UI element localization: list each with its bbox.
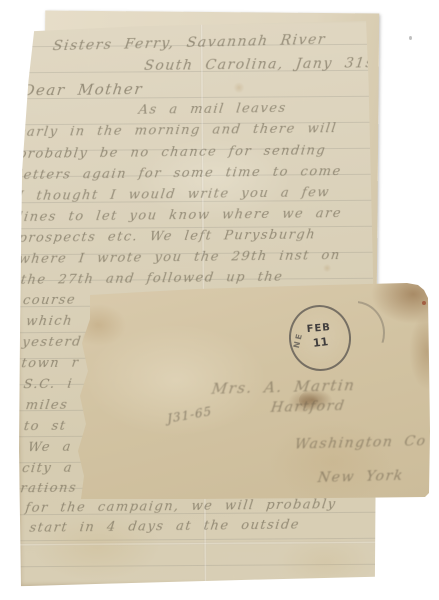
handwriting-line: for the campaign, we will probably xyxy=(24,498,337,515)
handwriting-line: prospects etc. We left Purysburgh xyxy=(18,228,317,245)
handwriting-line: early in the morning and there will xyxy=(17,122,338,139)
handwriting-fragment: yesterd xyxy=(21,336,82,350)
address-line-county: Washington Co xyxy=(294,434,428,451)
handwriting-line-salutation: Dear Mother xyxy=(22,82,144,98)
photo-of-letter-and-envelope: Sisters Ferry, Savannah River South Caro… xyxy=(0,0,439,600)
postmark-stamp: FEB 11 NE xyxy=(285,301,355,374)
handwriting-line: probably be no chance for sending xyxy=(17,144,327,161)
handwriting-line: where I wrote you the 29th inst on xyxy=(18,249,342,266)
postmark-month: FEB xyxy=(306,322,331,335)
handwriting-fragment: which xyxy=(25,315,74,329)
handwriting-fragment: miles xyxy=(25,399,69,413)
handwriting-line: South Carolina, Jany 31st /65 xyxy=(143,56,421,73)
handwriting-fragment: course xyxy=(22,294,77,308)
address-line-name: Mrs. A. Martin xyxy=(211,378,357,397)
handwriting-line: Sisters Ferry, Savannah River xyxy=(52,33,327,54)
handwriting-fragment: We a xyxy=(27,441,73,455)
background-speck xyxy=(409,36,412,40)
handwriting-fragment: town r xyxy=(21,357,81,371)
handwriting-line: letters again for some time to come xyxy=(17,165,342,182)
envelope: FEB 11 NE J31-65 Mrs. A. Martin Hartford… xyxy=(77,281,431,501)
envelope-red-speck xyxy=(422,301,426,305)
handwriting-line: As a mail leaves xyxy=(138,102,288,117)
handwriting-line: start in 4 days at the outside xyxy=(29,519,301,535)
handwriting-line: lines to let you know where we are xyxy=(17,207,342,224)
handwriting-fragment: to st xyxy=(23,420,67,434)
letter-fold-crease-horizontal xyxy=(18,541,380,547)
address-line-state: New York xyxy=(317,469,405,485)
handwriting-fragment: city a xyxy=(21,462,74,476)
postmark-day: 11 xyxy=(312,335,329,350)
handwriting-line: I thought I would write you a few xyxy=(17,186,330,203)
docket-note: J31-65 xyxy=(167,405,213,425)
handwriting-fragment: S.C. i xyxy=(23,378,74,392)
handwriting-fragment: rations xyxy=(19,482,77,496)
address-line-town: Hartford xyxy=(270,399,346,415)
handwriting-line: the 27th and followed up the xyxy=(20,271,284,287)
postmark-rim-text: NE xyxy=(292,331,304,349)
